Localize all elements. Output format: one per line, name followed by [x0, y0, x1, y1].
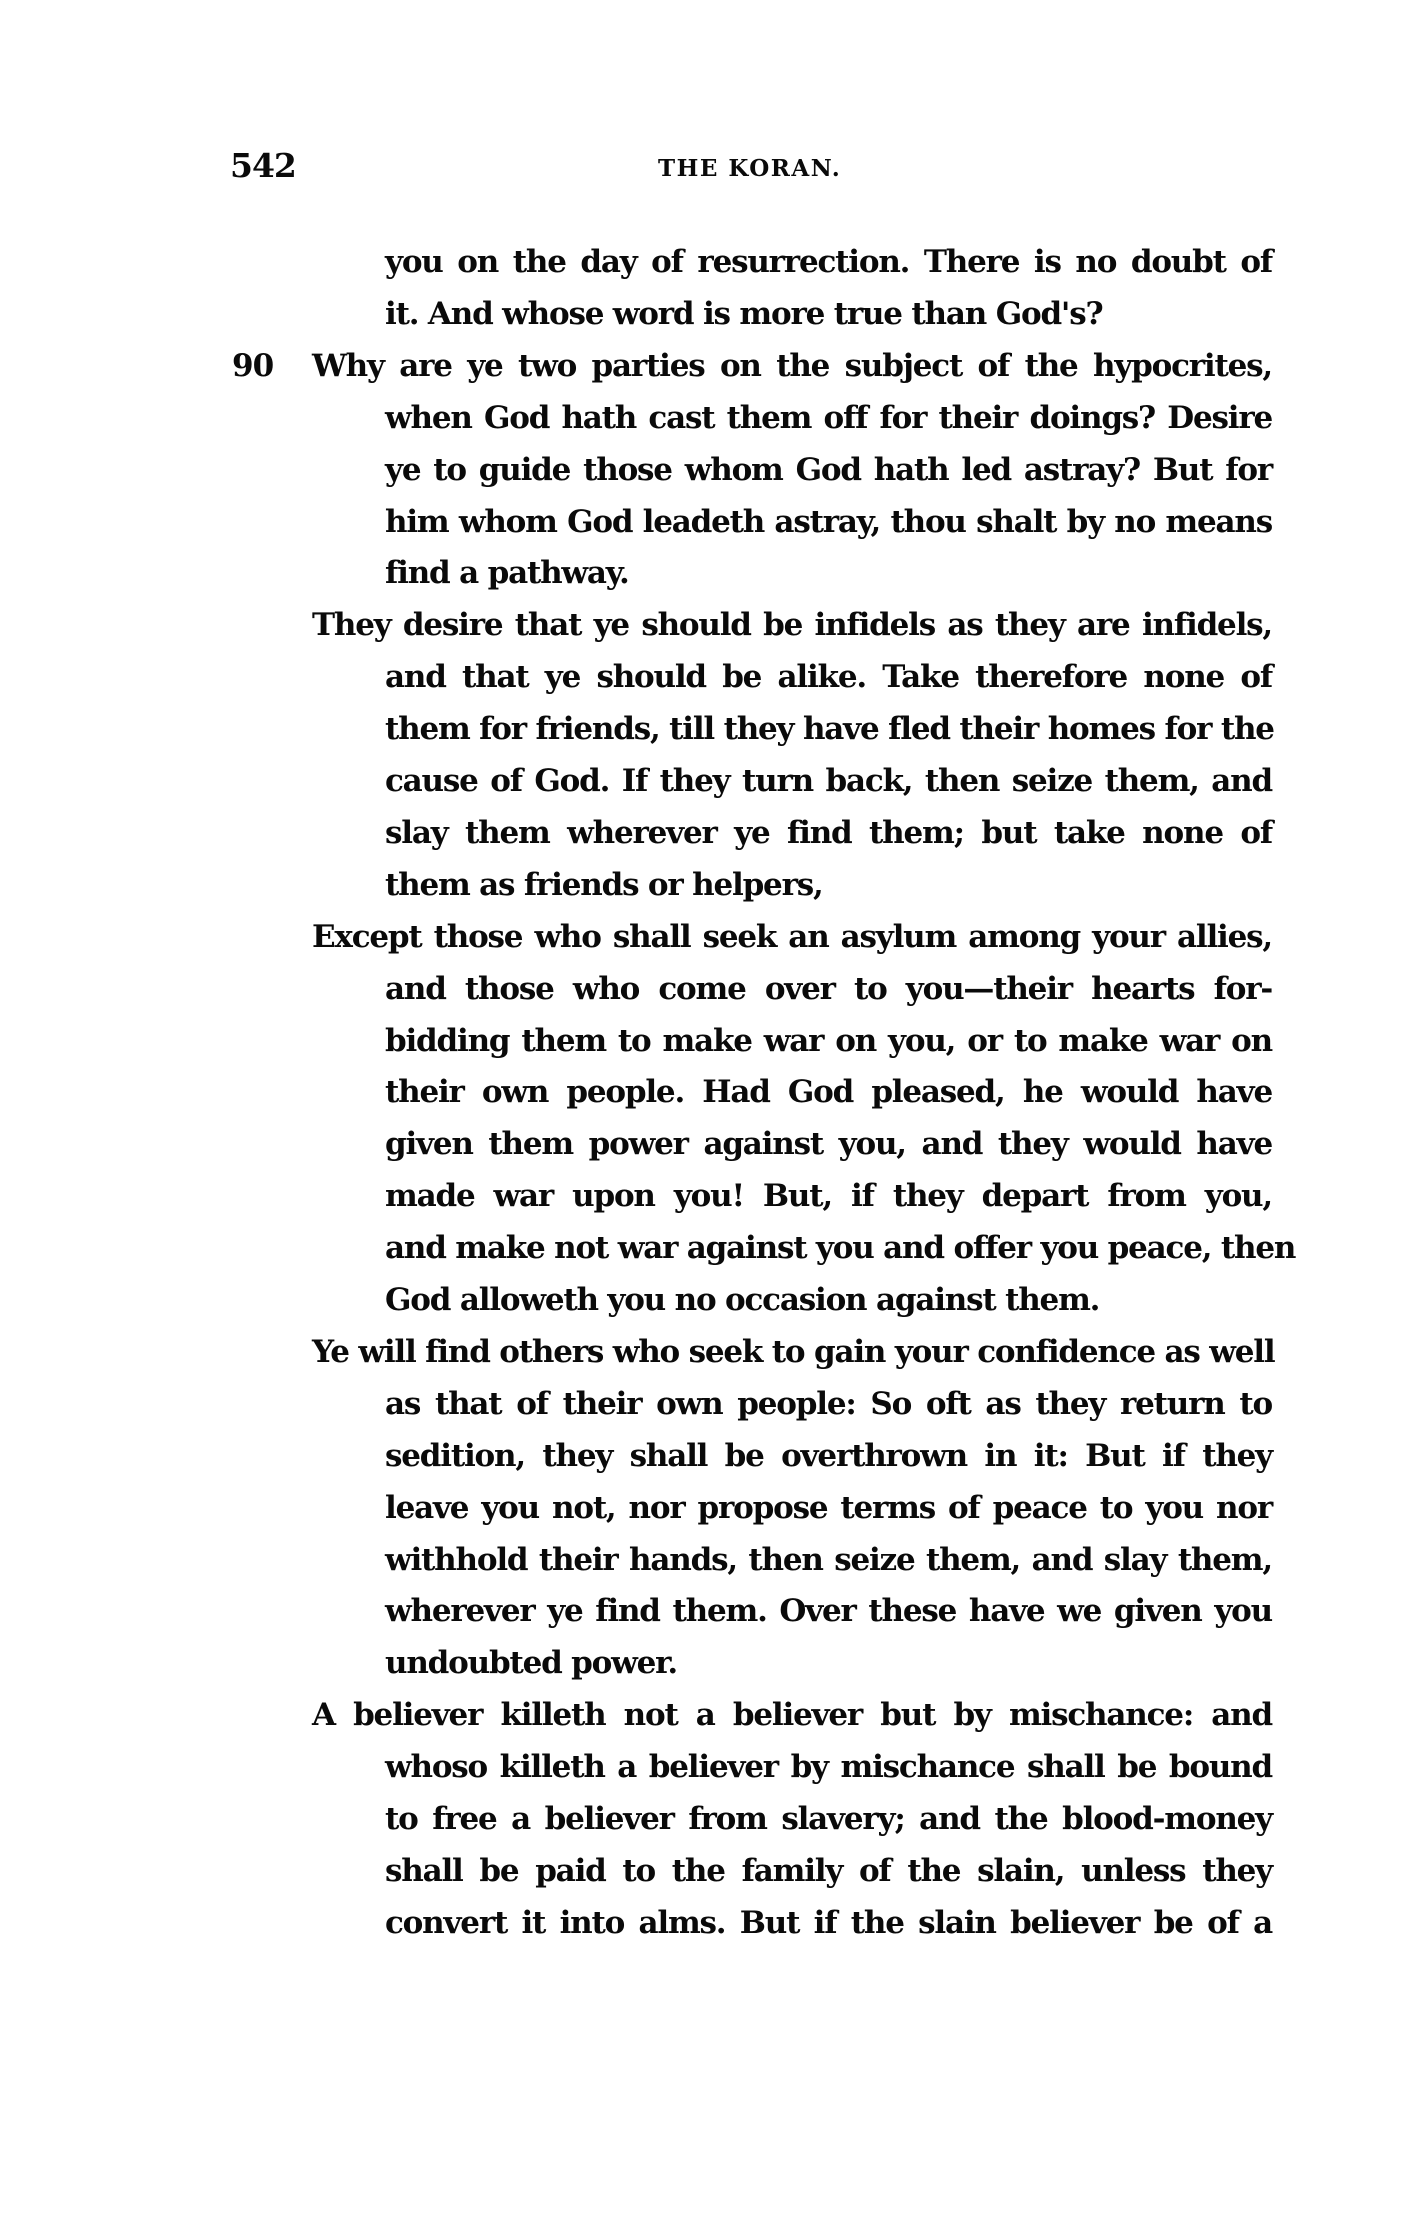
paragraph-first-line: They desire that ye should be infidels a… — [312, 607, 1272, 643]
text-line: them as friends or helpers, — [385, 867, 1272, 903]
text-line: undoubted power. — [385, 1645, 1272, 1681]
text-line: their own people. Had God pleased, he wo… — [385, 1074, 1272, 1110]
text-line: and make not war against you and offer y… — [385, 1230, 1272, 1266]
text-line: and that ye should be alike. Take theref… — [385, 659, 1272, 695]
text-line: as that of their own people: So oft as t… — [385, 1386, 1272, 1422]
text-line: it. And whose word is more true than God… — [385, 296, 1272, 332]
page-number: 542 — [230, 148, 296, 184]
text-line: whoso killeth a believer by mischance sh… — [385, 1749, 1272, 1785]
text-line: leave you not, nor propose terms of peac… — [385, 1490, 1272, 1526]
text-line: bidding them to make war on you, or to m… — [385, 1023, 1272, 1059]
text-line: given them power against you, and they w… — [385, 1126, 1272, 1162]
paragraph-first-line: Why are ye two parties on the subject of… — [312, 348, 1272, 384]
book-page: 542 THE KORAN. 90 you on the day of resu… — [0, 0, 1405, 2238]
text-line: when God hath cast them off for their do… — [385, 400, 1272, 436]
text-line: him whom God leadeth astray, thou shalt … — [385, 504, 1272, 540]
text-line: and those who come over to you—their hea… — [385, 971, 1272, 1007]
text-line: wherever ye find them. Over these have w… — [385, 1593, 1272, 1629]
text-line: God alloweth you no occasion against the… — [385, 1282, 1272, 1318]
paragraph-first-line: Ye will find others who seek to gain you… — [312, 1334, 1272, 1370]
text-line: withhold their hands, then seize them, a… — [385, 1542, 1272, 1578]
text-line: you on the day of resurrection. There is… — [385, 244, 1272, 280]
text-line: find a pathway. — [385, 555, 1272, 591]
text-line: sedition, they shall be overthrown in it… — [385, 1438, 1272, 1474]
text-line: to free a believer from slavery; and the… — [385, 1801, 1272, 1837]
text-line: shall be paid to the family of the slain… — [385, 1853, 1272, 1889]
text-line: convert it into alms. But if the slain b… — [385, 1905, 1272, 1941]
paragraph-first-line: A believer killeth not a believer but by… — [312, 1697, 1272, 1733]
text-line: slay them wherever ye find them; but tak… — [385, 815, 1272, 851]
running-head: THE KORAN. — [658, 155, 848, 183]
verse-number: 90 — [232, 348, 273, 384]
paragraph-first-line: Except those who shall seek an asylum am… — [312, 919, 1272, 955]
text-line: cause of God. If they turn back, then se… — [385, 763, 1272, 799]
text-line: them for friends, till they have fled th… — [385, 711, 1272, 747]
text-line: ye to guide those whom God hath led astr… — [385, 452, 1272, 488]
text-line: made war upon you! But, if they depart f… — [385, 1178, 1272, 1214]
